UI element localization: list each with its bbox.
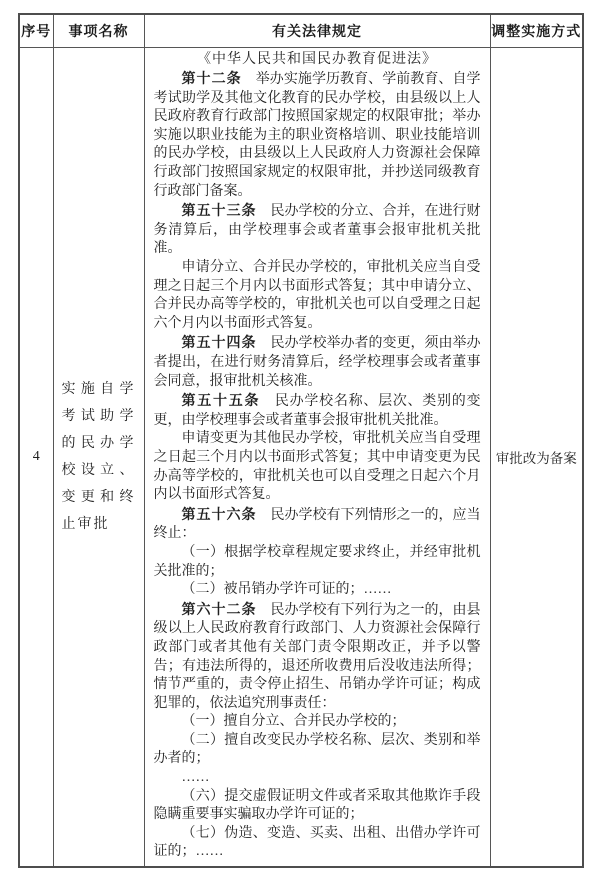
adjustment-cell: 审批改为备案 [490, 47, 583, 867]
law-paragraph: 申请分立、合并民办学校的，审批机关应当自受理之日起三个月内以书面形式答复；其中申… [154, 259, 481, 333]
header-item-name: 事项名称 [53, 14, 144, 47]
law-paragraph: 第五十五条 民办学校名称、层次、类别的变更，由学校理事会或者董事会报审批机关批准… [154, 391, 481, 430]
document-page: 序号 事项名称 有关法律规定 调整实施方式 4 实施自学考试助学的民办学校设立、… [0, 0, 600, 887]
law-text-cell: 《中华人民共和国民办教育促进法》 第十二条 举办实施学历教育、学前教育、自学考试… [144, 47, 490, 867]
item-name-cell: 实施自学考试助学的民办学校设立、变更和终止审批 [53, 47, 144, 867]
law-paragraph: …… [154, 769, 481, 788]
regulation-table: 序号 事项名称 有关法律规定 调整实施方式 4 实施自学考试助学的民办学校设立、… [18, 13, 584, 868]
law-paragraph: 申请变更为其他民办学校，审批机关应当自受理之日起三个月内以书面形式答复；其中申请… [154, 430, 481, 504]
law-paragraph: （二）擅自改变民办学校名称、层次、类别和举办者的； [154, 732, 481, 769]
law-paragraph: （二）被吊销办学许可证的；…… [154, 581, 481, 600]
law-title: 《中华人民共和国民办教育促进法》 [154, 51, 481, 70]
law-paragraph: 第五十六条 民办学校有下列情形之一的，应当终止： [154, 505, 481, 544]
serial-cell: 4 [19, 47, 53, 867]
law-paragraph: 第六十二条 民办学校有下列行为之一的，由县级以上人民政府教育行政部门、人力资源社… [154, 600, 481, 714]
law-paragraph: （一）擅自分立、合并民办学校的； [154, 713, 481, 732]
law-paragraph: （一）根据学校章程规定要求终止，并经审批机关批准的； [154, 544, 481, 581]
law-paragraph: 第五十四条 民办学校举办者的变更，须由举办者提出，在进行财务清算后，经学校理事会… [154, 333, 481, 391]
header-row: 序号 事项名称 有关法律规定 调整实施方式 [19, 14, 583, 47]
law-paragraph: （七）伪造、变造、买卖、出租、出借办学许可证的；…… [154, 825, 481, 862]
law-paragraph: 第五十三条 民办学校的分立、合并，在进行财务清算后，由学校理事会或者董事会报审批… [154, 201, 481, 259]
header-adjustment: 调整实施方式 [490, 14, 583, 47]
table-row: 4 实施自学考试助学的民办学校设立、变更和终止审批 《中华人民共和国民办教育促进… [19, 47, 583, 867]
law-paragraph: 第十二条 举办实施学历教育、学前教育、自学考试助学及其他文化教育的民办学校，由县… [154, 69, 481, 201]
header-law: 有关法律规定 [144, 14, 490, 47]
header-serial: 序号 [19, 14, 53, 47]
law-paragraphs: 第十二条 举办实施学历教育、学前教育、自学考试助学及其他文化教育的民办学校，由县… [154, 69, 481, 862]
law-paragraph: （六）提交虚假证明文件或者采取其他欺诈手段隐瞒重要事实骗取办学许可证的； [154, 788, 481, 825]
